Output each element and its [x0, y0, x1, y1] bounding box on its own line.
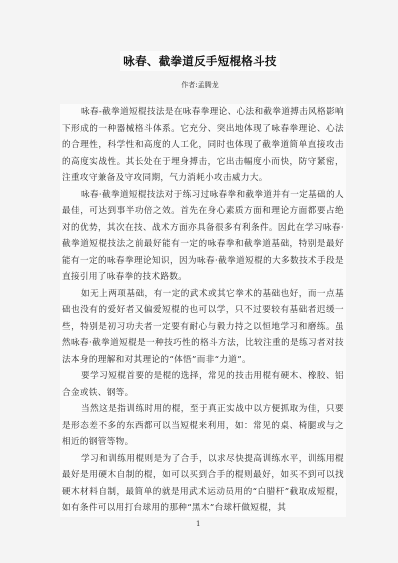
paragraph-4: 要学习短棍首要的是棍的选择，常见的技击用棍有硬木、橡胶、铝合金或铁、钢等。	[62, 368, 344, 401]
paragraph-1: 咏春-截拳道短棍技法是在咏春拳理论、心法和截拳道搏击风格影响下形成的一种器械格斗…	[62, 104, 344, 187]
paragraph-5: 当然这是指训练时用的棍，至于真正实战中以方便抓取为佳，只要是形态差不多的东西都可…	[62, 401, 344, 451]
document-page: 咏春、截拳道反手短棍格斗技 作者:孟腾龙 咏春-截拳道短棍技法是在咏春拳理论、心…	[0, 0, 398, 563]
paragraph-6: 学习和训练用棍则是为了合手，以求尽快提高训练水平，训练用棍最好是用硬木自制的棍，…	[62, 451, 344, 517]
page-number: 1	[196, 520, 200, 528]
paragraph-2: 咏春·截拳道短棍技法对于练习过咏春拳和截拳道并有一定基础的人最佳，可达到事半功倍…	[62, 187, 344, 286]
paragraph-3: 如无上两项基础，有一定的武术或其它拳术的基础也好，而一点基础也没有的爱好者又偏爱…	[62, 286, 344, 369]
body-text: 咏春-截拳道短棍技法是在咏春拳理论、心法和截拳道搏击风格影响下形成的一种器械格斗…	[60, 104, 346, 517]
author-line: 作者:孟腾龙	[150, 80, 250, 90]
document-title: 咏春、截拳道反手短棍格斗技	[120, 51, 280, 71]
